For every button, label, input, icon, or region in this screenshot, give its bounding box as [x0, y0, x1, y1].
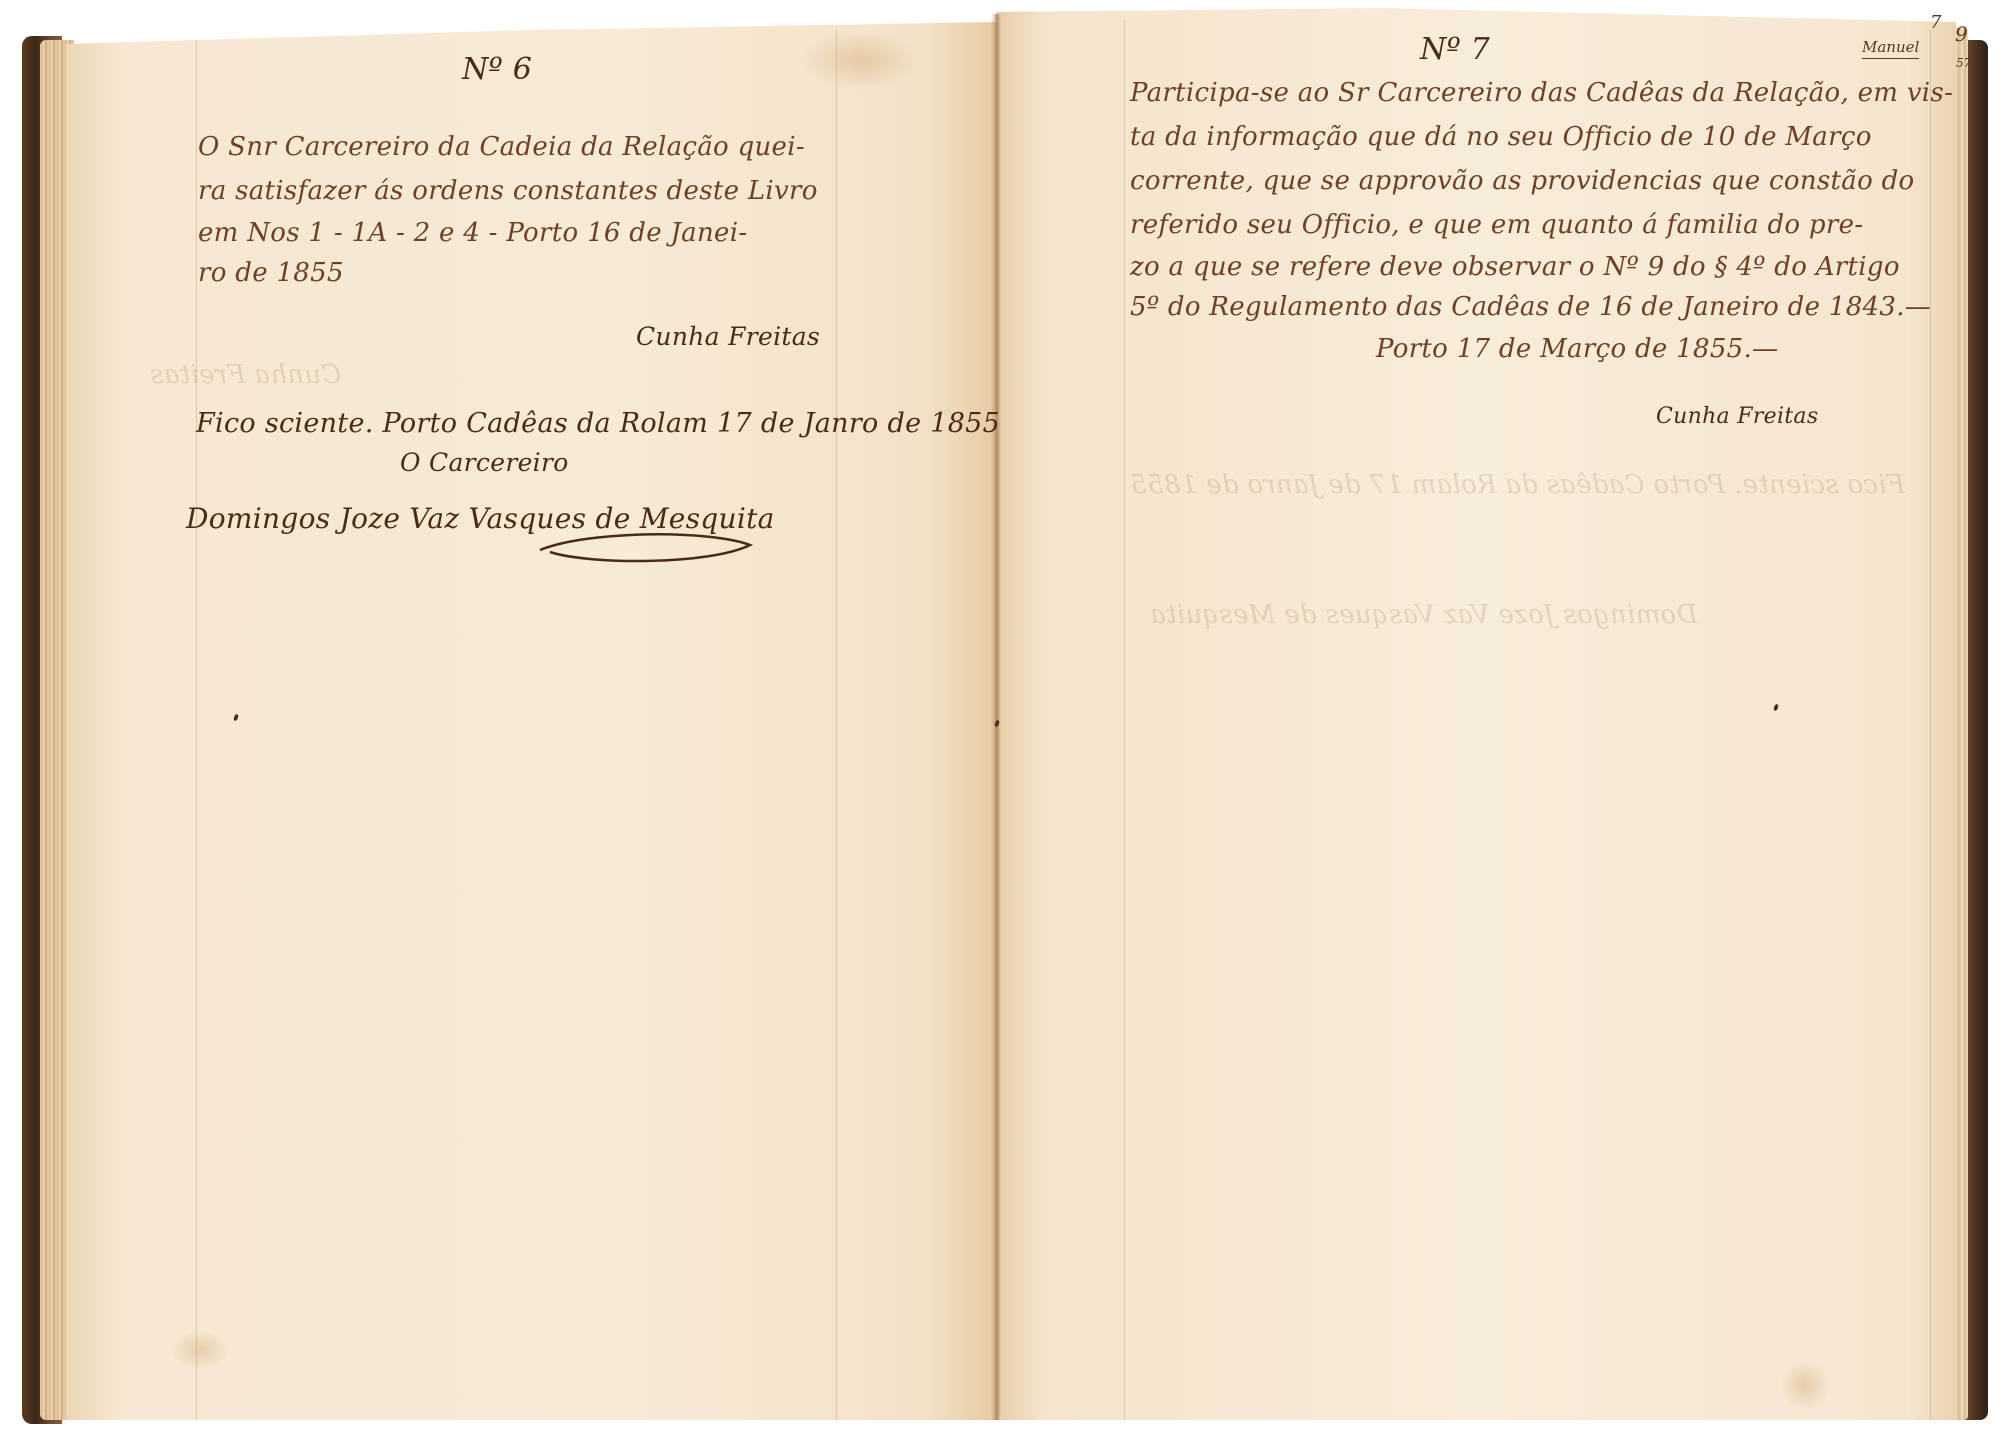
- right-body-line: referido seu Officio, e que em quanto á …: [1130, 210, 1863, 240]
- corner-annotation-lower: 57: [1956, 56, 1971, 70]
- right-date-line: Porto 17 de Março de 1855.—: [1376, 334, 1778, 364]
- left-page-left-margin-rule: [196, 40, 197, 1420]
- corner-annotation: Manuel: [1862, 38, 1919, 59]
- center-gutter: [991, 14, 1001, 1420]
- folio-number-lower: 9: [1955, 22, 1968, 46]
- left-page-right-margin-rule: [836, 30, 837, 1420]
- bleed-through-text: Fico sciente. Porto Cadêas da Rolam 17 d…: [1130, 470, 1905, 500]
- left-body-line: O Snr Carcereiro da Cadeia da Relação qu…: [198, 132, 805, 162]
- folio-number-upper: 7: [1930, 12, 1941, 33]
- right-body-line: corrente, que se approvão as providencia…: [1130, 166, 1915, 196]
- paper-stain: [800, 30, 920, 90]
- entry-number-7: Nº 7: [1420, 32, 1490, 67]
- acknowledgment-title: O Carcereiro: [400, 448, 569, 477]
- right-body-line: 5º do Regulamento das Cadêas de 16 de Ja…: [1130, 292, 1931, 322]
- right-page-left-margin-rule: [1124, 20, 1125, 1420]
- bleed-through-text: Domingos Joze Vaz Vasques de Mesquita: [1150, 600, 1697, 630]
- right-page-right-margin-rule: [1930, 30, 1931, 1420]
- left-body-line: ra satisfazer ás ordens constantes deste…: [198, 176, 818, 206]
- paper-stain: [1780, 1360, 1830, 1410]
- right-body-line: ta da informação que dá no seu Officio d…: [1130, 122, 1872, 152]
- left-body-line: ro de 1855: [198, 258, 344, 288]
- entry-number-6: Nº 6: [462, 52, 532, 87]
- right-signature-cunha-freitas: Cunha Freitas: [1656, 404, 1818, 429]
- bleed-through-text: Cunha Freitas: [150, 360, 341, 390]
- left-signature-cunha-freitas: Cunha Freitas: [636, 322, 820, 351]
- open-ledger: Fico sciente. Porto Cadêas da Rolam 17 d…: [0, 0, 2000, 1456]
- signature-flourish: [530, 520, 770, 570]
- paper-stain: [170, 1330, 230, 1370]
- right-body-line: zo a que se refere deve observar o Nº 9 …: [1130, 252, 1900, 282]
- left-body-line: em Nos 1 - 1A - 2 e 4 - Porto 16 de Jane…: [198, 218, 747, 248]
- acknowledgment-line: Fico sciente. Porto Cadêas da Rolam 17 d…: [196, 408, 1000, 439]
- right-body-line: Participa-se ao Sr Carcereiro das Cadêas…: [1130, 78, 1953, 108]
